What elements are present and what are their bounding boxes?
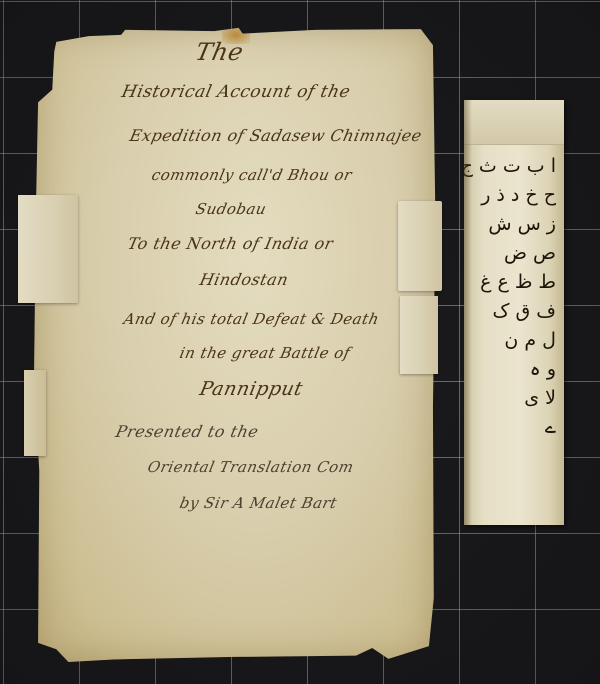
manuscript-line: Oriental Translation Com: [146, 458, 355, 476]
manuscript-title: The: [193, 38, 246, 66]
manuscript-line: Historical Account of the: [120, 82, 352, 102]
manuscript-line: Sudobau: [194, 200, 268, 218]
manuscript-line: And of his total Defeat & Death: [122, 310, 381, 328]
alphabet-line: و ہ: [470, 355, 556, 384]
alphabet-line: ح خ د ذ ر: [470, 181, 556, 210]
alphabet-line: ل م ن: [470, 326, 556, 355]
alphabet-text: ا ب ت ث ج ح خ د ذ ر ز س ش ص ض ط ظ ع غ ف …: [470, 152, 556, 442]
manuscript-line: Hindostan: [198, 270, 290, 289]
manuscript-line: by Sir A Malet Bart: [178, 494, 339, 512]
alphabet-line: ص ض: [470, 239, 556, 268]
manuscript-line: in the great Battle of: [178, 344, 352, 362]
manuscript-line: Pannipput: [198, 378, 305, 400]
alphabet-line: ا ب ت ث ج: [470, 152, 556, 181]
alphabet-line: ف ق ک: [470, 297, 556, 326]
alphabet-line: ے: [470, 413, 556, 442]
manuscript-line: commonly call'd Bhou or: [150, 166, 354, 184]
alphabet-strip: ا ب ت ث ج ح خ د ذ ر ز س ش ص ض ط ظ ع غ ف …: [464, 100, 564, 525]
manuscript-line: Presented to the: [114, 422, 260, 441]
manuscript-line: Expedition of Sadasew Chimnajee: [128, 126, 424, 145]
manuscript-line: To the North of India or: [126, 234, 335, 253]
alphabet-line: ز س ش: [470, 210, 556, 239]
alphabet-line: ط ظ ع غ: [470, 268, 556, 297]
alphabet-line: لا ی: [470, 384, 556, 413]
